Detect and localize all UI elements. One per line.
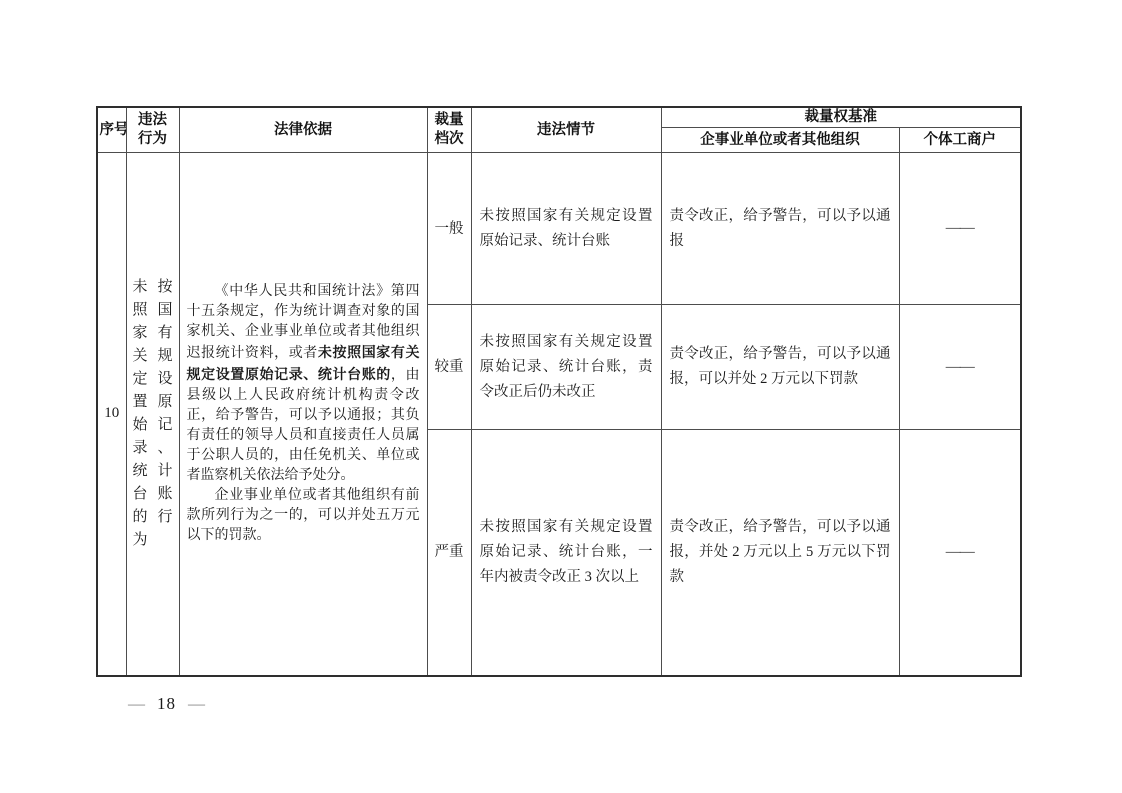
page-number-dash-left: — [128, 694, 145, 713]
header-discretion-level-label: 裁量档次 [433, 111, 465, 149]
header-discretion-level: 裁量档次 [427, 107, 471, 153]
enterprise-benchmark-cell: 责令改正，给予警告，可以予以通报，可以并处 2 万元以下罚款 [661, 305, 899, 430]
legal-basis-cell: 《中华人民共和国统计法》第四十五条规定，作为统计调查对象的国家机关、企业事业单位… [179, 153, 427, 676]
legal-basis-paragraph-1: 《中华人民共和国统计法》第四十五条规定，作为统计调查对象的国家机关、企业事业单位… [187, 282, 420, 486]
header-benchmark: 裁量权基准 [661, 107, 1021, 128]
document-page: 序号 违法行为 法律依据 裁量档次 违法情节 裁量权基准 企事业单位或者其他组织… [0, 0, 1122, 793]
legal-basis-paragraph-2: 企业事业单位或者其他组织有前款所列行为之一的，可以并处五万元以下的罚款。 [187, 486, 420, 546]
header-enterprise-org: 企事业单位或者其他组织 [661, 128, 899, 153]
illegal-behavior-cell: 未按照国家有关规定设置原始记录、统计台账的行为 [126, 153, 179, 676]
circumstance-cell: 未按照国家有关规定设置原始记录、统计台账 [471, 153, 661, 305]
circumstance-cell: 未按照国家有关规定设置原始记录、统计台账，一年内被责令改正 3 次以上 [471, 430, 661, 676]
circumstance-cell: 未按照国家有关规定设置原始记录、统计台账，责令改正后仍未改正 [471, 305, 661, 430]
header-individual-business: 个体工商户 [899, 128, 1021, 153]
level-label: 严重 [431, 541, 467, 563]
page-number: —18— [128, 694, 205, 714]
level-cell-general: 一般 [427, 153, 471, 305]
individual-benchmark-cell: —— [899, 305, 1021, 430]
header-behavior-label: 违法行为 [137, 111, 169, 149]
header-behavior: 违法行为 [126, 107, 179, 153]
legal-basis-text-after: ，由县级以上人民政府统计机构责令改正，给予警告，可以予以通报；其负有责任的领导人… [187, 368, 420, 483]
header-legal-basis: 法律依据 [179, 107, 427, 153]
seq-number-cell: 10 [97, 153, 126, 676]
illegal-behavior-text: 未按照国家有关规定设置原始记录、统计台账的行为 [133, 276, 173, 552]
enterprise-benchmark-cell: 责令改正，给予警告，可以予以通报，并处 2 万元以上 5 万元以下罚款 [661, 430, 899, 676]
header-seq: 序号 [97, 107, 126, 153]
level-cell-heavier: 较重 [427, 305, 471, 430]
page-number-dash-right: — [188, 694, 205, 713]
table-row: 10 未按照国家有关规定设置原始记录、统计台账的行为 《中华人民共和国统计法》第… [97, 153, 1021, 305]
enterprise-benchmark-cell: 责令改正，给予警告，可以予以通报 [661, 153, 899, 305]
header-seq-label: 序号 [98, 121, 126, 140]
individual-benchmark-cell: —— [899, 153, 1021, 305]
level-label: 一般 [431, 218, 467, 240]
individual-benchmark-cell: —— [899, 430, 1021, 676]
penalty-discretion-table: 序号 违法行为 法律依据 裁量档次 违法情节 裁量权基准 企事业单位或者其他组织… [96, 106, 1022, 677]
header-circumstance: 违法情节 [471, 107, 661, 153]
page-number-value: 18 [145, 694, 188, 713]
level-label: 较重 [431, 356, 467, 378]
level-cell-serious: 严重 [427, 430, 471, 676]
